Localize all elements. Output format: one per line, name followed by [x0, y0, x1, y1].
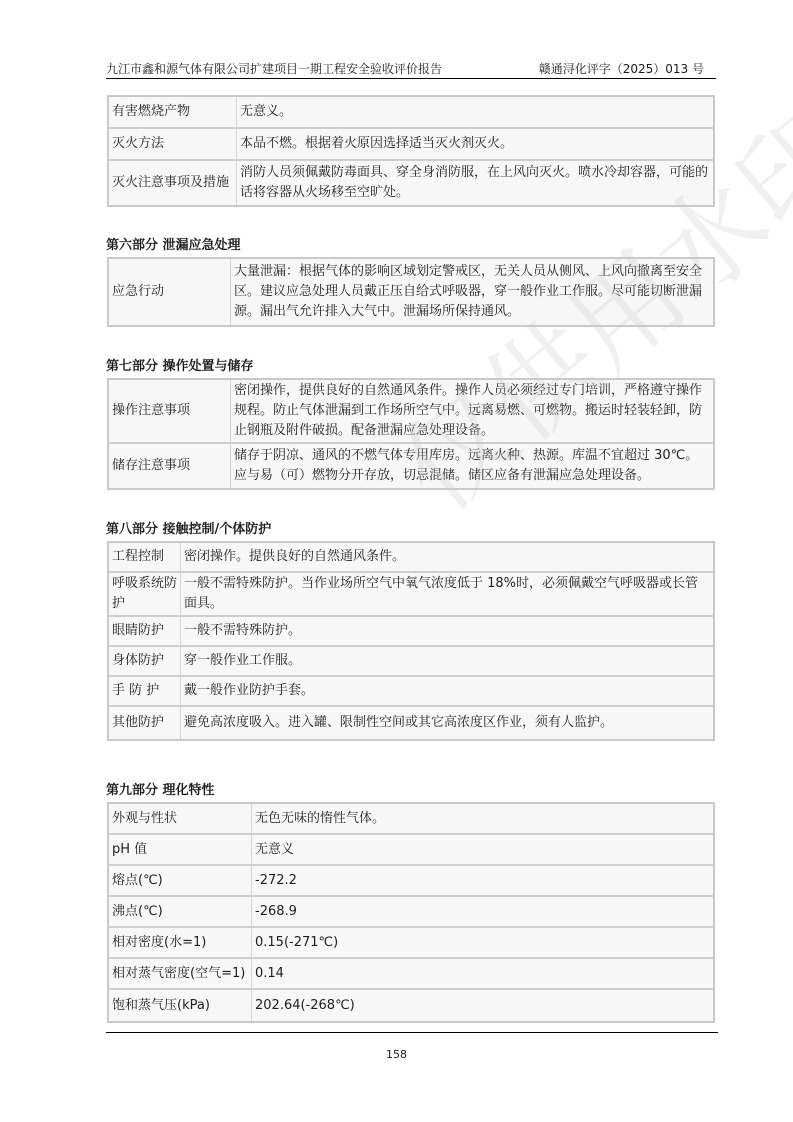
table-row: 操作注意事项 密闭操作，提供良好的自然通风条件。操作人员必须经过专门培训，严格遵…	[109, 380, 713, 444]
handling-storage-table: 操作注意事项 密闭操作，提供良好的自然通风条件。操作人员必须经过专门培训，严格遵…	[107, 378, 715, 490]
row-value: -268.9	[252, 897, 713, 928]
table-row: 相对密度(水=1) 0.15(-271℃)	[109, 928, 713, 959]
page-number: 158	[0, 1048, 793, 1061]
row-value: 大量泄漏：根据气体的影响区域划定警戒区，无关人员从侧风、上风向撤离至安全区。建议…	[231, 259, 713, 325]
row-value: 储存于阴凉、通风的不燃气体专用库房。远离火种、热源。库温不宜超过 30℃。应与易…	[231, 444, 713, 488]
row-label: 有害燃烧产物	[109, 97, 237, 129]
table-row: 灭火方法 本品不燃。根据着火原因选择适当灭火剂灭火。	[109, 129, 713, 161]
document-number: 赣通浔化评字（2025）013 号	[539, 62, 704, 77]
row-value: 穿一般作业工作服。	[181, 647, 713, 677]
table-row: 相对蒸气密度(空气=1) 0.14	[109, 959, 713, 990]
row-label: 相对蒸气密度(空气=1)	[109, 959, 252, 990]
row-value: 一般不需特殊防护。当作业场所空气中氧气浓度低于 18%时，必须佩戴空气呼吸器或长…	[181, 573, 713, 617]
row-label: 相对密度(水=1)	[109, 928, 252, 959]
exposure-control-table: 工程控制 密闭操作。提供良好的自然通风条件。 呼吸系统防护 一般不需特殊防护。当…	[107, 541, 715, 741]
table-row: 工程控制 密闭操作。提供良好的自然通风条件。	[109, 543, 713, 573]
row-label: 手 防 护	[109, 677, 181, 707]
row-value: 无色无味的惰性气体。	[252, 804, 713, 835]
fire-fighting-table: 有害燃烧产物 无意义。 灭火方法 本品不燃。根据着火原因选择适当灭火剂灭火。 灭…	[107, 95, 715, 207]
table-row: 外观与性状 无色无味的惰性气体。	[109, 804, 713, 835]
table-row: 手 防 护 戴一般作业防护手套。	[109, 677, 713, 707]
row-value: 密闭操作，提供良好的自然通风条件。操作人员必须经过专门培训，严格遵守操作规程。防…	[231, 380, 713, 444]
row-value: -272.2	[252, 866, 713, 897]
section-title-exposure-control: 第八部分 接触控制/个体防护	[106, 522, 271, 538]
row-label: 应急行动	[109, 259, 231, 325]
row-label: 沸点(℃)	[109, 897, 252, 928]
table-row: 应急行动 大量泄漏：根据气体的影响区域划定警戒区，无关人员从侧风、上风向撤离至安…	[109, 259, 713, 325]
section-title-leak-emergency: 第六部分 泄漏应急处理	[106, 238, 241, 254]
row-label: 工程控制	[109, 543, 181, 573]
row-value: 本品不燃。根据着火原因选择适当灭火剂灭火。	[237, 129, 713, 161]
table-row: 沸点(℃) -268.9	[109, 897, 713, 928]
row-label: 熔点(℃)	[109, 866, 252, 897]
row-value: 0.14	[252, 959, 713, 990]
row-value: 无意义。	[237, 97, 713, 129]
row-label: 饱和蒸气压(kPa)	[109, 990, 252, 1021]
physical-chemical-table: 外观与性状 无色无味的惰性气体。 pH 值 无意义 熔点(℃) -272.2 沸…	[107, 802, 715, 1023]
row-label: 身体防护	[109, 647, 181, 677]
row-value: 戴一般作业防护手套。	[181, 677, 713, 707]
row-value: 无意义	[252, 835, 713, 866]
table-row: 有害燃烧产物 无意义。	[109, 97, 713, 129]
row-label: pH 值	[109, 835, 252, 866]
row-label: 灭火方法	[109, 129, 237, 161]
table-row: pH 值 无意义	[109, 835, 713, 866]
section-title-physical-chemical: 第九部分 理化特性	[106, 783, 215, 799]
table-row: 灭火注意事项及措施 消防人员须佩戴防毒面具、穿全身消防服，在上风向灭火。喷水冷却…	[109, 161, 713, 205]
table-row: 熔点(℃) -272.2	[109, 866, 713, 897]
leak-emergency-table: 应急行动 大量泄漏：根据气体的影响区域划定警戒区，无关人员从侧风、上风向撤离至安…	[107, 257, 715, 327]
row-value: 一般不需特殊防护。	[181, 617, 713, 647]
row-value: 0.15(-271℃)	[252, 928, 713, 959]
table-row: 其他防护 避免高浓度吸入。进入罐、限制性空间或其它高浓度区作业，须有人监护。	[109, 707, 713, 739]
row-label: 呼吸系统防护	[109, 573, 181, 617]
table-row: 储存注意事项 储存于阴凉、通风的不燃气体专用库房。远离火种、热源。库温不宜超过 …	[109, 444, 713, 488]
table-row: 呼吸系统防护 一般不需特殊防护。当作业场所空气中氧气浓度低于 18%时，必须佩戴…	[109, 573, 713, 617]
table-row: 饱和蒸气压(kPa) 202.64(-268℃)	[109, 990, 713, 1021]
row-value: 202.64(-268℃)	[252, 990, 713, 1021]
page-header: 九江市鑫和源气体有限公司扩建项目一期工程安全验收评价报告 赣通浔化评字（2025…	[106, 62, 716, 79]
row-label: 操作注意事项	[109, 380, 231, 444]
row-label: 外观与性状	[109, 804, 252, 835]
footer-divider	[106, 1032, 718, 1033]
table-row: 眼睛防护 一般不需特殊防护。	[109, 617, 713, 647]
row-label: 眼睛防护	[109, 617, 181, 647]
row-value: 密闭操作。提供良好的自然通风条件。	[181, 543, 713, 573]
table-row: 身体防护 穿一般作业工作服。	[109, 647, 713, 677]
row-value: 消防人员须佩戴防毒面具、穿全身消防服，在上风向灭火。喷水冷却容器，可能的话将容器…	[237, 161, 713, 205]
report-title: 九江市鑫和源气体有限公司扩建项目一期工程安全验收评价报告	[106, 62, 442, 77]
row-label: 储存注意事项	[109, 444, 231, 488]
row-label: 其他防护	[109, 707, 181, 739]
row-label: 灭火注意事项及措施	[109, 161, 237, 205]
row-value: 避免高浓度吸入。进入罐、限制性空间或其它高浓度区作业，须有人监护。	[181, 707, 713, 739]
section-title-handling-storage: 第七部分 操作处置与储存	[106, 359, 254, 375]
